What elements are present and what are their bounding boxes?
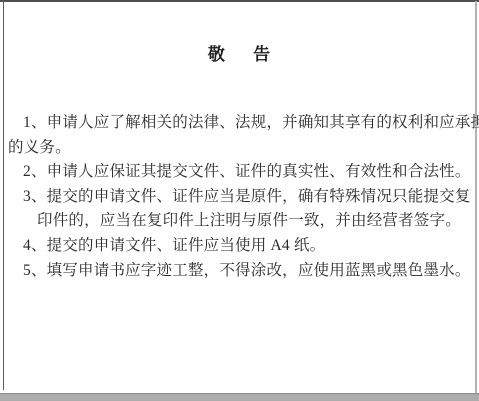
notice-item-3-line-1: 3、提交的申请文件、证件应当是原件，确有特殊情况只能提交复 bbox=[8, 185, 473, 210]
page-bottom-edge bbox=[0, 393, 479, 401]
notice-title: 敬 告 bbox=[0, 40, 479, 65]
notice-item-1-line-2: 的义务。 bbox=[8, 136, 473, 161]
notice-item-5: 5、填写申请书应字迹工整，不得涂改，应使用蓝黑或黑色墨水。 bbox=[8, 259, 473, 284]
notice-item-2: 2、申请人应保证其提交文件、证件的真实性、有效性和合法性。 bbox=[8, 160, 473, 185]
page-top-edge bbox=[0, 0, 479, 2]
notice-item-3-line-2: 印件的，应当在复印件上注明与原件一致，并由经营者签字。 bbox=[8, 209, 473, 234]
notice-item-4: 4、提交的申请文件、证件应当使用 A4 纸。 bbox=[8, 234, 473, 259]
notice-item-1-line-1: 1、申请人应了解相关的法律、法规，并确知其享有的权利和应承担 bbox=[8, 111, 473, 136]
notice-body: 1、申请人应了解相关的法律、法规，并确知其享有的权利和应承担 的义务。 2、申请… bbox=[8, 111, 473, 283]
document-page: 敬 告 1、申请人应了解相关的法律、法规，并确知其享有的权利和应承担 的义务。 … bbox=[0, 0, 479, 401]
